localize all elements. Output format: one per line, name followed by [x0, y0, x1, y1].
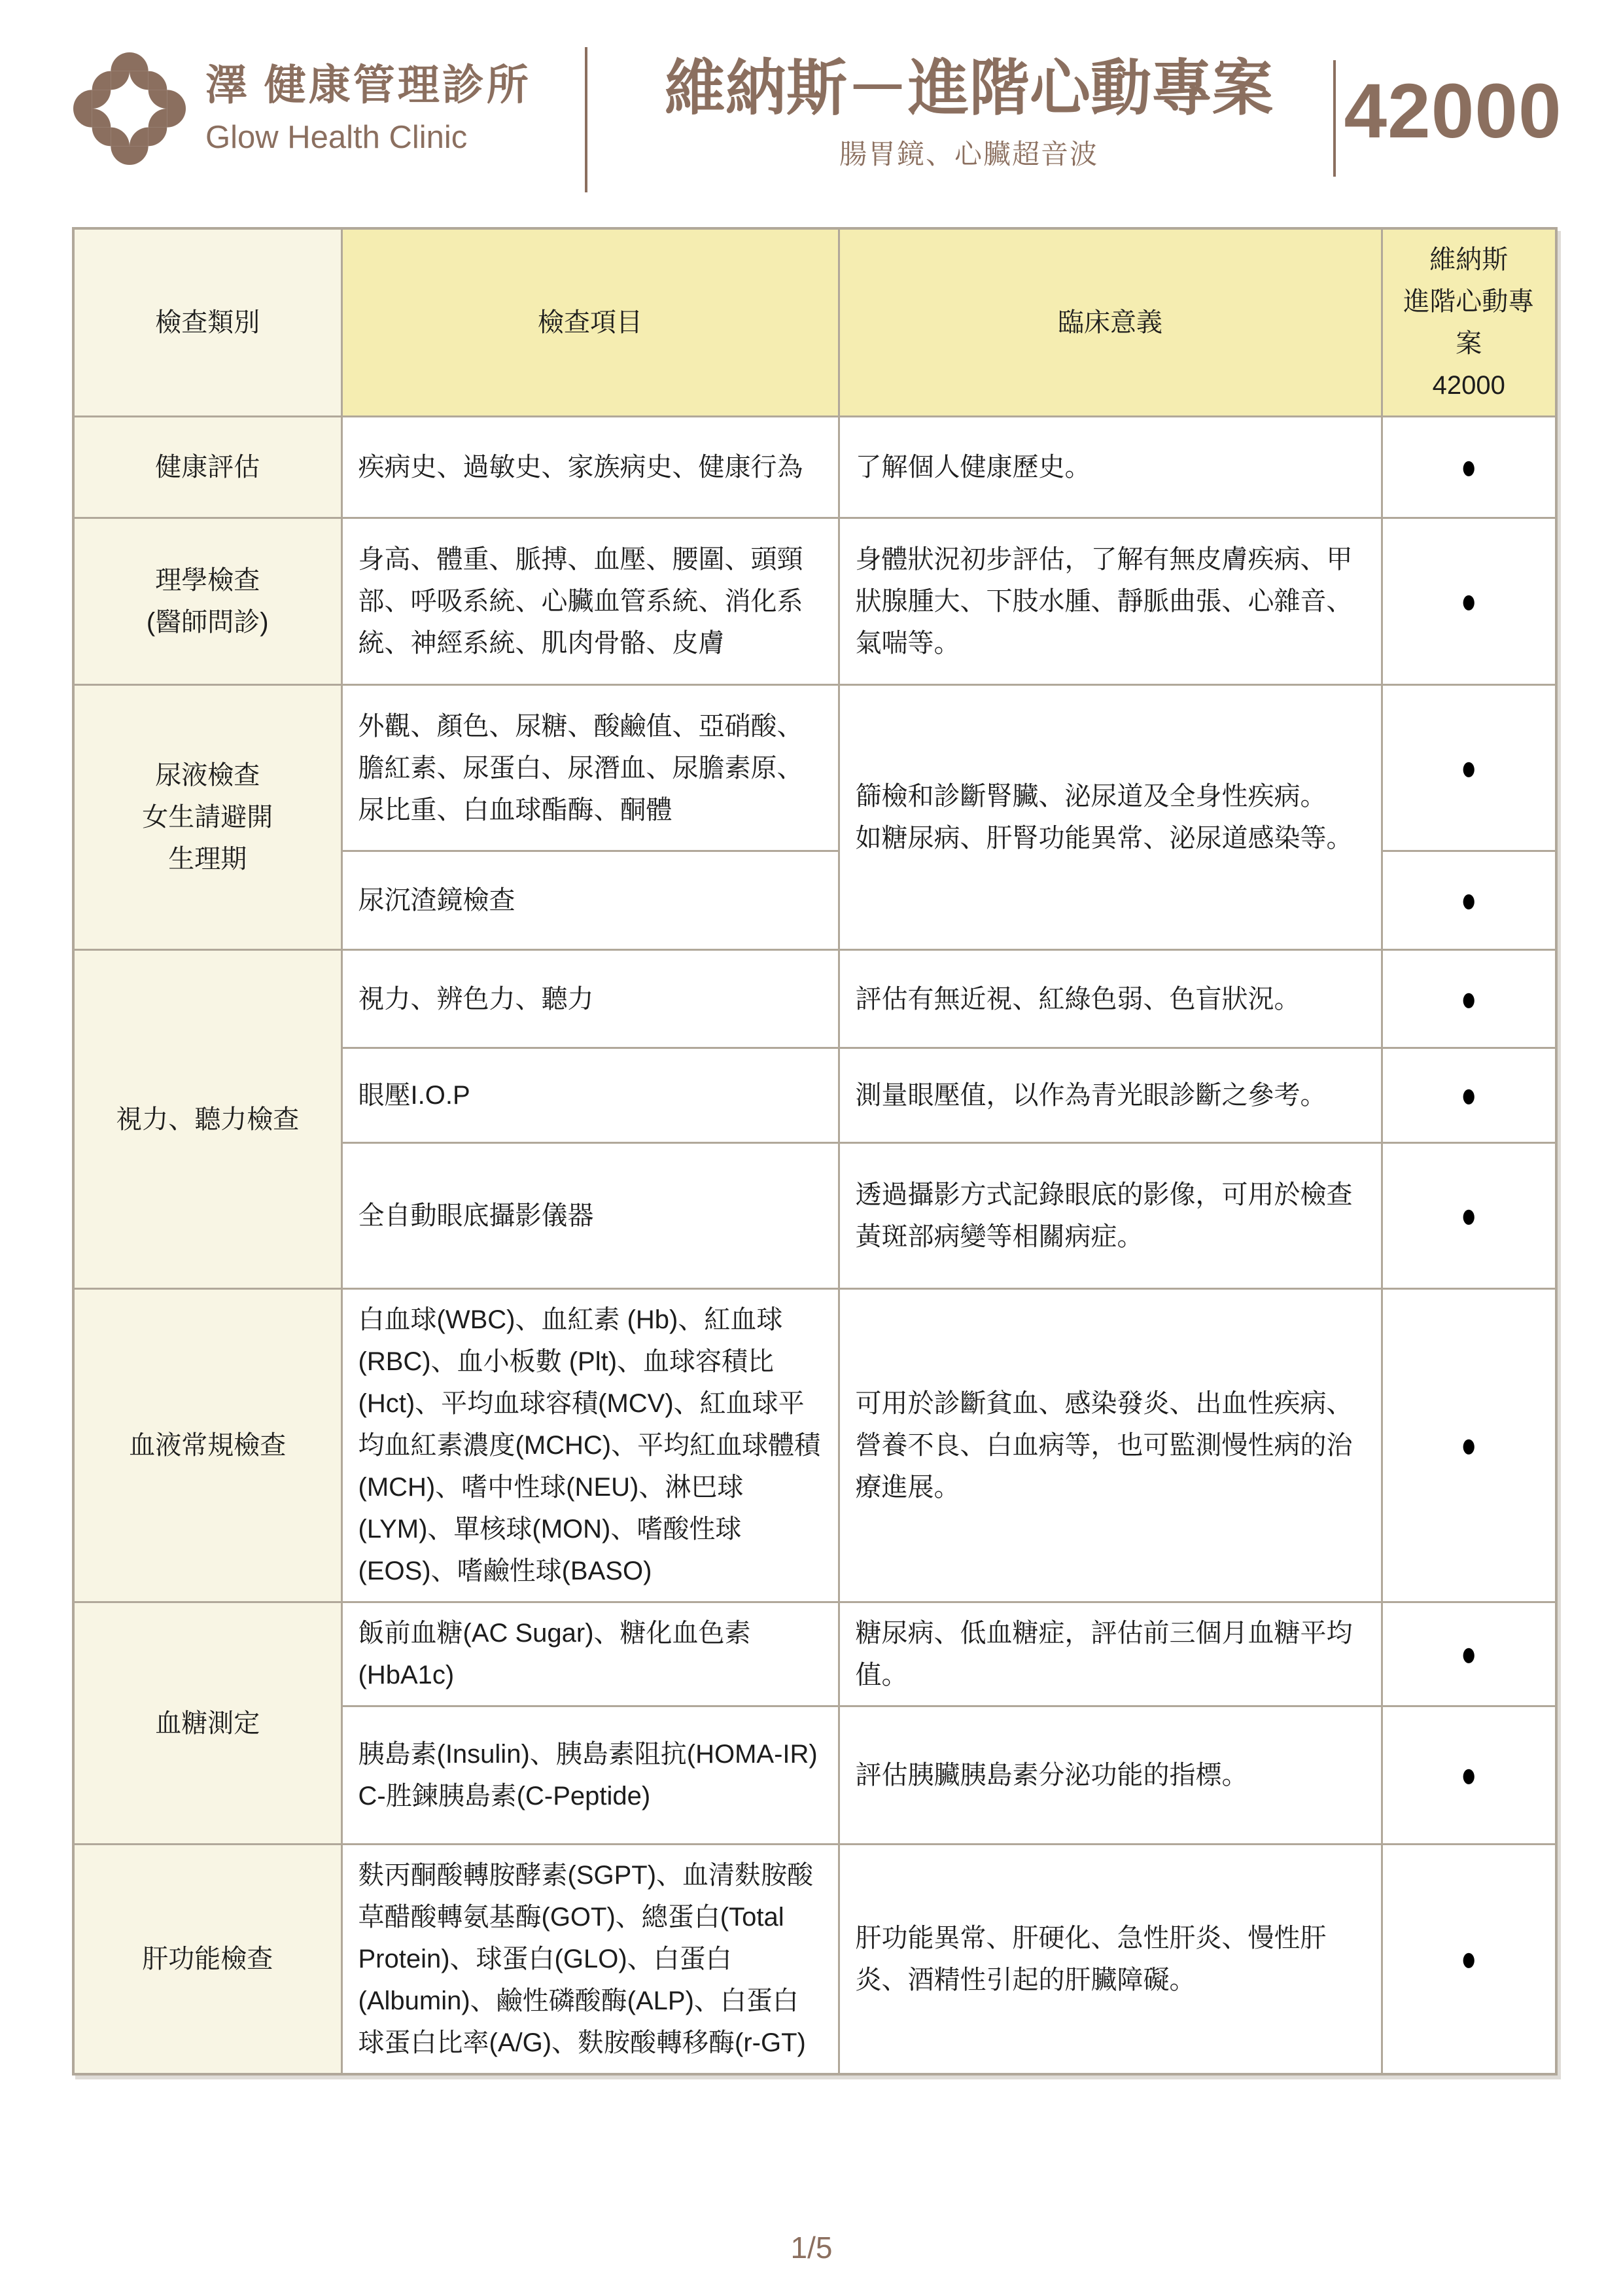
items-cell: 視力、辨色力、聽力 — [341, 950, 839, 1048]
plan-subtitle: 腸胃鏡、心臟超音波 — [616, 133, 1321, 172]
header-divider-left — [585, 47, 587, 192]
col-header-item: 檢查項目 — [341, 228, 839, 417]
included-dot: ● — [1461, 573, 1476, 629]
items-cell: 飯前血糖(AC Sugar)、糖化血色素(HbA1c) — [341, 1602, 839, 1706]
page-number: 1/5 — [0, 2230, 1623, 2265]
table-row: 血糖測定 飯前血糖(AC Sugar)、糖化血色素(HbA1c) 糖尿病、低血糖… — [73, 1602, 1556, 1706]
items-cell: 胰島素(Insulin)、胰島素阻抗(HOMA-IR) C-胜鍊胰島素(C-Pe… — [341, 1706, 839, 1845]
included-dot: ● — [1461, 1067, 1476, 1123]
table-row: 血液常規檢查 白血球(WBC)、血紅素 (Hb)、紅血球 (RBC)、血小板數 … — [73, 1289, 1556, 1602]
included-cell: ● — [1382, 417, 1556, 518]
items-cell: 身高、體重、脈搏、血壓、腰圍、頭頸部、呼吸系統、心臟血管系統、消化系統、神經系統… — [341, 518, 839, 685]
brand-text: 澤 健康管理診所 Glow Health Clinic — [205, 62, 531, 156]
brand-block: 澤 健康管理診所 Glow Health Clinic — [73, 52, 531, 165]
plan-price: 42000 — [1345, 39, 1561, 183]
included-cell: ● — [1382, 518, 1556, 685]
meaning-cell: 可用於診斷貧血、感染發炎、出血性疾病、營養不良、白血病等，也可監測慢性病的治療進… — [839, 1289, 1382, 1602]
included-dot: ● — [1461, 1417, 1476, 1474]
meaning-cell: 了解個人健康歷史。 — [839, 417, 1382, 518]
included-cell: ● — [1382, 950, 1556, 1048]
meaning-cell: 肝功能異常、肝硬化、急性肝炎、慢性肝炎、酒精性引起的肝臟障礙。 — [839, 1845, 1382, 2075]
table-row: 理學檢查 (醫師問診) 身高、體重、脈搏、血壓、腰圍、頭頸部、呼吸系統、心臟血管… — [73, 518, 1556, 685]
included-dot: ● — [1461, 1747, 1476, 1803]
meaning-cell: 評估有無近視、紅綠色弱、色盲狀況。 — [839, 950, 1382, 1048]
included-cell: ● — [1382, 1845, 1556, 2075]
header-divider-right — [1333, 60, 1336, 177]
meaning-cell: 糖尿病、低血糖症，評估前三個月血糖平均值。 — [839, 1602, 1382, 1706]
category-cell: 肝功能檢查 — [73, 1845, 341, 2075]
plan-title-block: 維納斯－進階心動專案 腸胃鏡、心臟超音波 — [616, 54, 1321, 172]
table-row: 視力、聽力檢查 視力、辨色力、聽力 評估有無近視、紅綠色弱、色盲狀況。 ● — [73, 950, 1556, 1048]
included-dot: ● — [1461, 439, 1476, 495]
col-header-meaning: 臨床意義 — [839, 228, 1382, 417]
clinic-name-zh: 澤 健康管理診所 — [205, 62, 531, 110]
meaning-cell: 身體狀況初步評估，了解有無皮膚疾病、甲狀腺腫大、下肢水腫、靜脈曲張、心雜音、氣喘… — [839, 518, 1382, 685]
included-cell: ● — [1382, 685, 1556, 851]
document-page: 澤 健康管理診所 Glow Health Clinic 維納斯－進階心動專案 腸… — [0, 0, 1623, 2296]
meaning-cell: 篩檢和診斷腎臟、泌尿道及全身性疾病。 如糖尿病、肝腎功能異常、泌尿道感染等。 — [839, 685, 1382, 950]
category-cell: 血液常規檢查 — [73, 1289, 341, 1602]
exam-table: 檢查類別 檢查項目 臨床意義 維納斯 進階心動專案 42000 健康評估 疾病史… — [72, 227, 1558, 2075]
category-cell: 血糖測定 — [73, 1602, 341, 1845]
category-cell: 理學檢查 (醫師問診) — [73, 518, 341, 685]
col-header-plan: 維納斯 進階心動專案 42000 — [1382, 228, 1556, 417]
table-header-row: 檢查類別 檢查項目 臨床意義 維納斯 進階心動專案 42000 — [73, 228, 1556, 417]
table-row: 尿液檢查 女生請避開 生理期 外觀、顏色、尿糖、酸鹼值、亞硝酸、膽紅素、尿蛋白、… — [73, 685, 1556, 851]
items-cell: 外觀、顏色、尿糖、酸鹼值、亞硝酸、膽紅素、尿蛋白、尿潛血、尿膽素原、尿比重、白血… — [341, 685, 839, 851]
included-cell: ● — [1382, 1602, 1556, 1706]
items-cell: 疾病史、過敏史、家族病史、健康行為 — [341, 417, 839, 518]
included-cell: ● — [1382, 1289, 1556, 1602]
included-dot: ● — [1461, 1626, 1476, 1682]
meaning-cell: 透過攝影方式記錄眼底的影像，可用於檢查黃斑部病變等相關病症。 — [839, 1143, 1382, 1289]
items-cell: 白血球(WBC)、血紅素 (Hb)、紅血球 (RBC)、血小板數 (Plt)、血… — [341, 1289, 839, 1602]
included-dot: ● — [1461, 739, 1476, 796]
clinic-logo-icon — [73, 52, 186, 165]
category-cell: 健康評估 — [73, 417, 341, 518]
table-row: 健康評估 疾病史、過敏史、家族病史、健康行為 了解個人健康歷史。 ● — [73, 417, 1556, 518]
meaning-cell: 測量眼壓值，以作為青光眼診斷之參考。 — [839, 1048, 1382, 1143]
items-cell: 尿沉渣鏡檢查 — [341, 851, 839, 950]
items-cell: 全自動眼底攝影儀器 — [341, 1143, 839, 1289]
category-cell: 尿液檢查 女生請避開 生理期 — [73, 685, 341, 950]
included-dot: ● — [1461, 1188, 1476, 1244]
included-cell: ● — [1382, 1143, 1556, 1289]
category-cell: 視力、聽力檢查 — [73, 950, 341, 1289]
included-dot: ● — [1461, 970, 1476, 1027]
included-dot: ● — [1461, 1931, 1476, 1987]
clinic-name-en: Glow Health Clinic — [205, 119, 531, 156]
meaning-cell: 評估胰臟胰島素分泌功能的指標。 — [839, 1706, 1382, 1845]
col-header-category: 檢查類別 — [73, 228, 341, 417]
included-dot: ● — [1461, 872, 1476, 928]
included-cell: ● — [1382, 1706, 1556, 1845]
included-cell: ● — [1382, 851, 1556, 950]
plan-title: 維納斯－進階心動專案 — [616, 54, 1321, 124]
items-cell: 麩丙酮酸轉胺酵素(SGPT)、血清麩胺酸草醋酸轉氨基酶(GOT)、總蛋白(Tot… — [341, 1845, 839, 2075]
included-cell: ● — [1382, 1048, 1556, 1143]
items-cell: 眼壓I.O.P — [341, 1048, 839, 1143]
table-row: 肝功能檢查 麩丙酮酸轉胺酵素(SGPT)、血清麩胺酸草醋酸轉氨基酶(GOT)、總… — [73, 1845, 1556, 2075]
